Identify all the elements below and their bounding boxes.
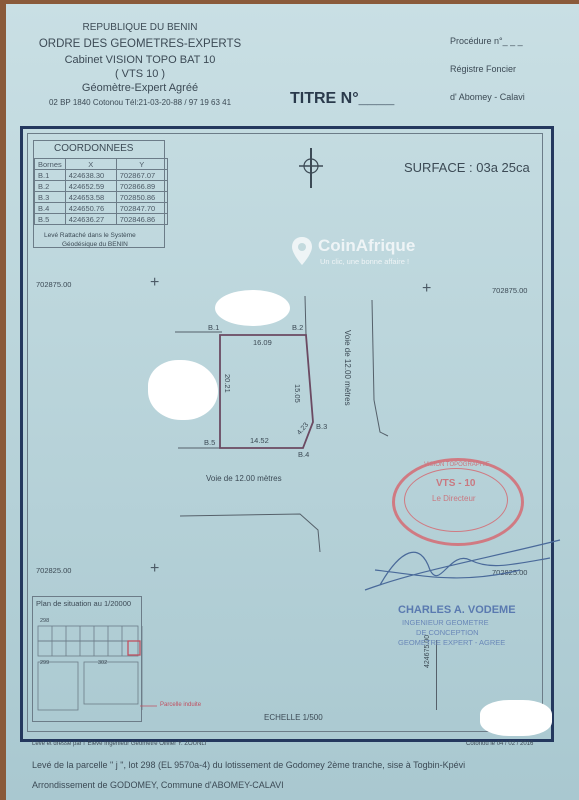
lot-label: 302 <box>98 660 107 666</box>
signatory-role-3: GEOMETRE EXPERT - AGREE <box>398 638 505 647</box>
stamp-code: VTS - 10 <box>436 478 475 489</box>
stamp-ring-text: VISION TOPOGRAPHIE <box>424 462 490 468</box>
side-length-b2-b3: 15.05 <box>293 384 302 403</box>
road-label-right: Voie de 12.00 mètres <box>343 330 352 406</box>
parcel-description: Levé de la parcelle " j ", lot 298 (EL 9… <box>32 760 465 770</box>
signatory-role-2: DE CONCEPTION <box>416 628 479 637</box>
lot-label: 298 <box>40 618 49 624</box>
redaction-mark <box>148 360 218 420</box>
stamp-director: Le Directeur <box>432 494 476 503</box>
side-length-b5-b1: 20.21 <box>223 374 232 393</box>
parcel-district: Arrondissement de GODOMEY, Commune d'ABO… <box>32 780 284 790</box>
road-label-bottom: Voie de 12.00 mètres <box>206 474 282 483</box>
side-length-b4-b5: 14.52 <box>250 436 269 445</box>
situation-legend: Parcelle induite <box>160 702 201 708</box>
corner-label-b5: B.5 <box>204 438 215 447</box>
corner-label-b3: B.3 <box>316 422 327 431</box>
redaction-mark <box>480 700 552 736</box>
map-scale: ECHELLE 1/500 <box>264 713 323 722</box>
corner-label-b2: B.2 <box>292 323 303 332</box>
corner-label-b1: B.1 <box>208 323 219 332</box>
redaction-mark <box>215 290 290 326</box>
signatory-name: CHARLES A. VODEME <box>398 604 516 616</box>
side-length-b1-b2: 16.09 <box>253 338 272 347</box>
situation-plan-title: Plan de situation au 1/20000 <box>36 599 131 608</box>
signatory-role-1: INGENIEUR GEOMETRE <box>402 618 489 627</box>
corner-label-b4: B.4 <box>298 450 309 459</box>
surveyor-credit: Levé et dressé par l' Elève Ingénieur Gé… <box>32 741 206 747</box>
lot-label: 299 <box>40 660 49 666</box>
signature <box>360 530 570 600</box>
document-date: Cotonou le 04 / 02 / 2016 <box>466 741 533 747</box>
